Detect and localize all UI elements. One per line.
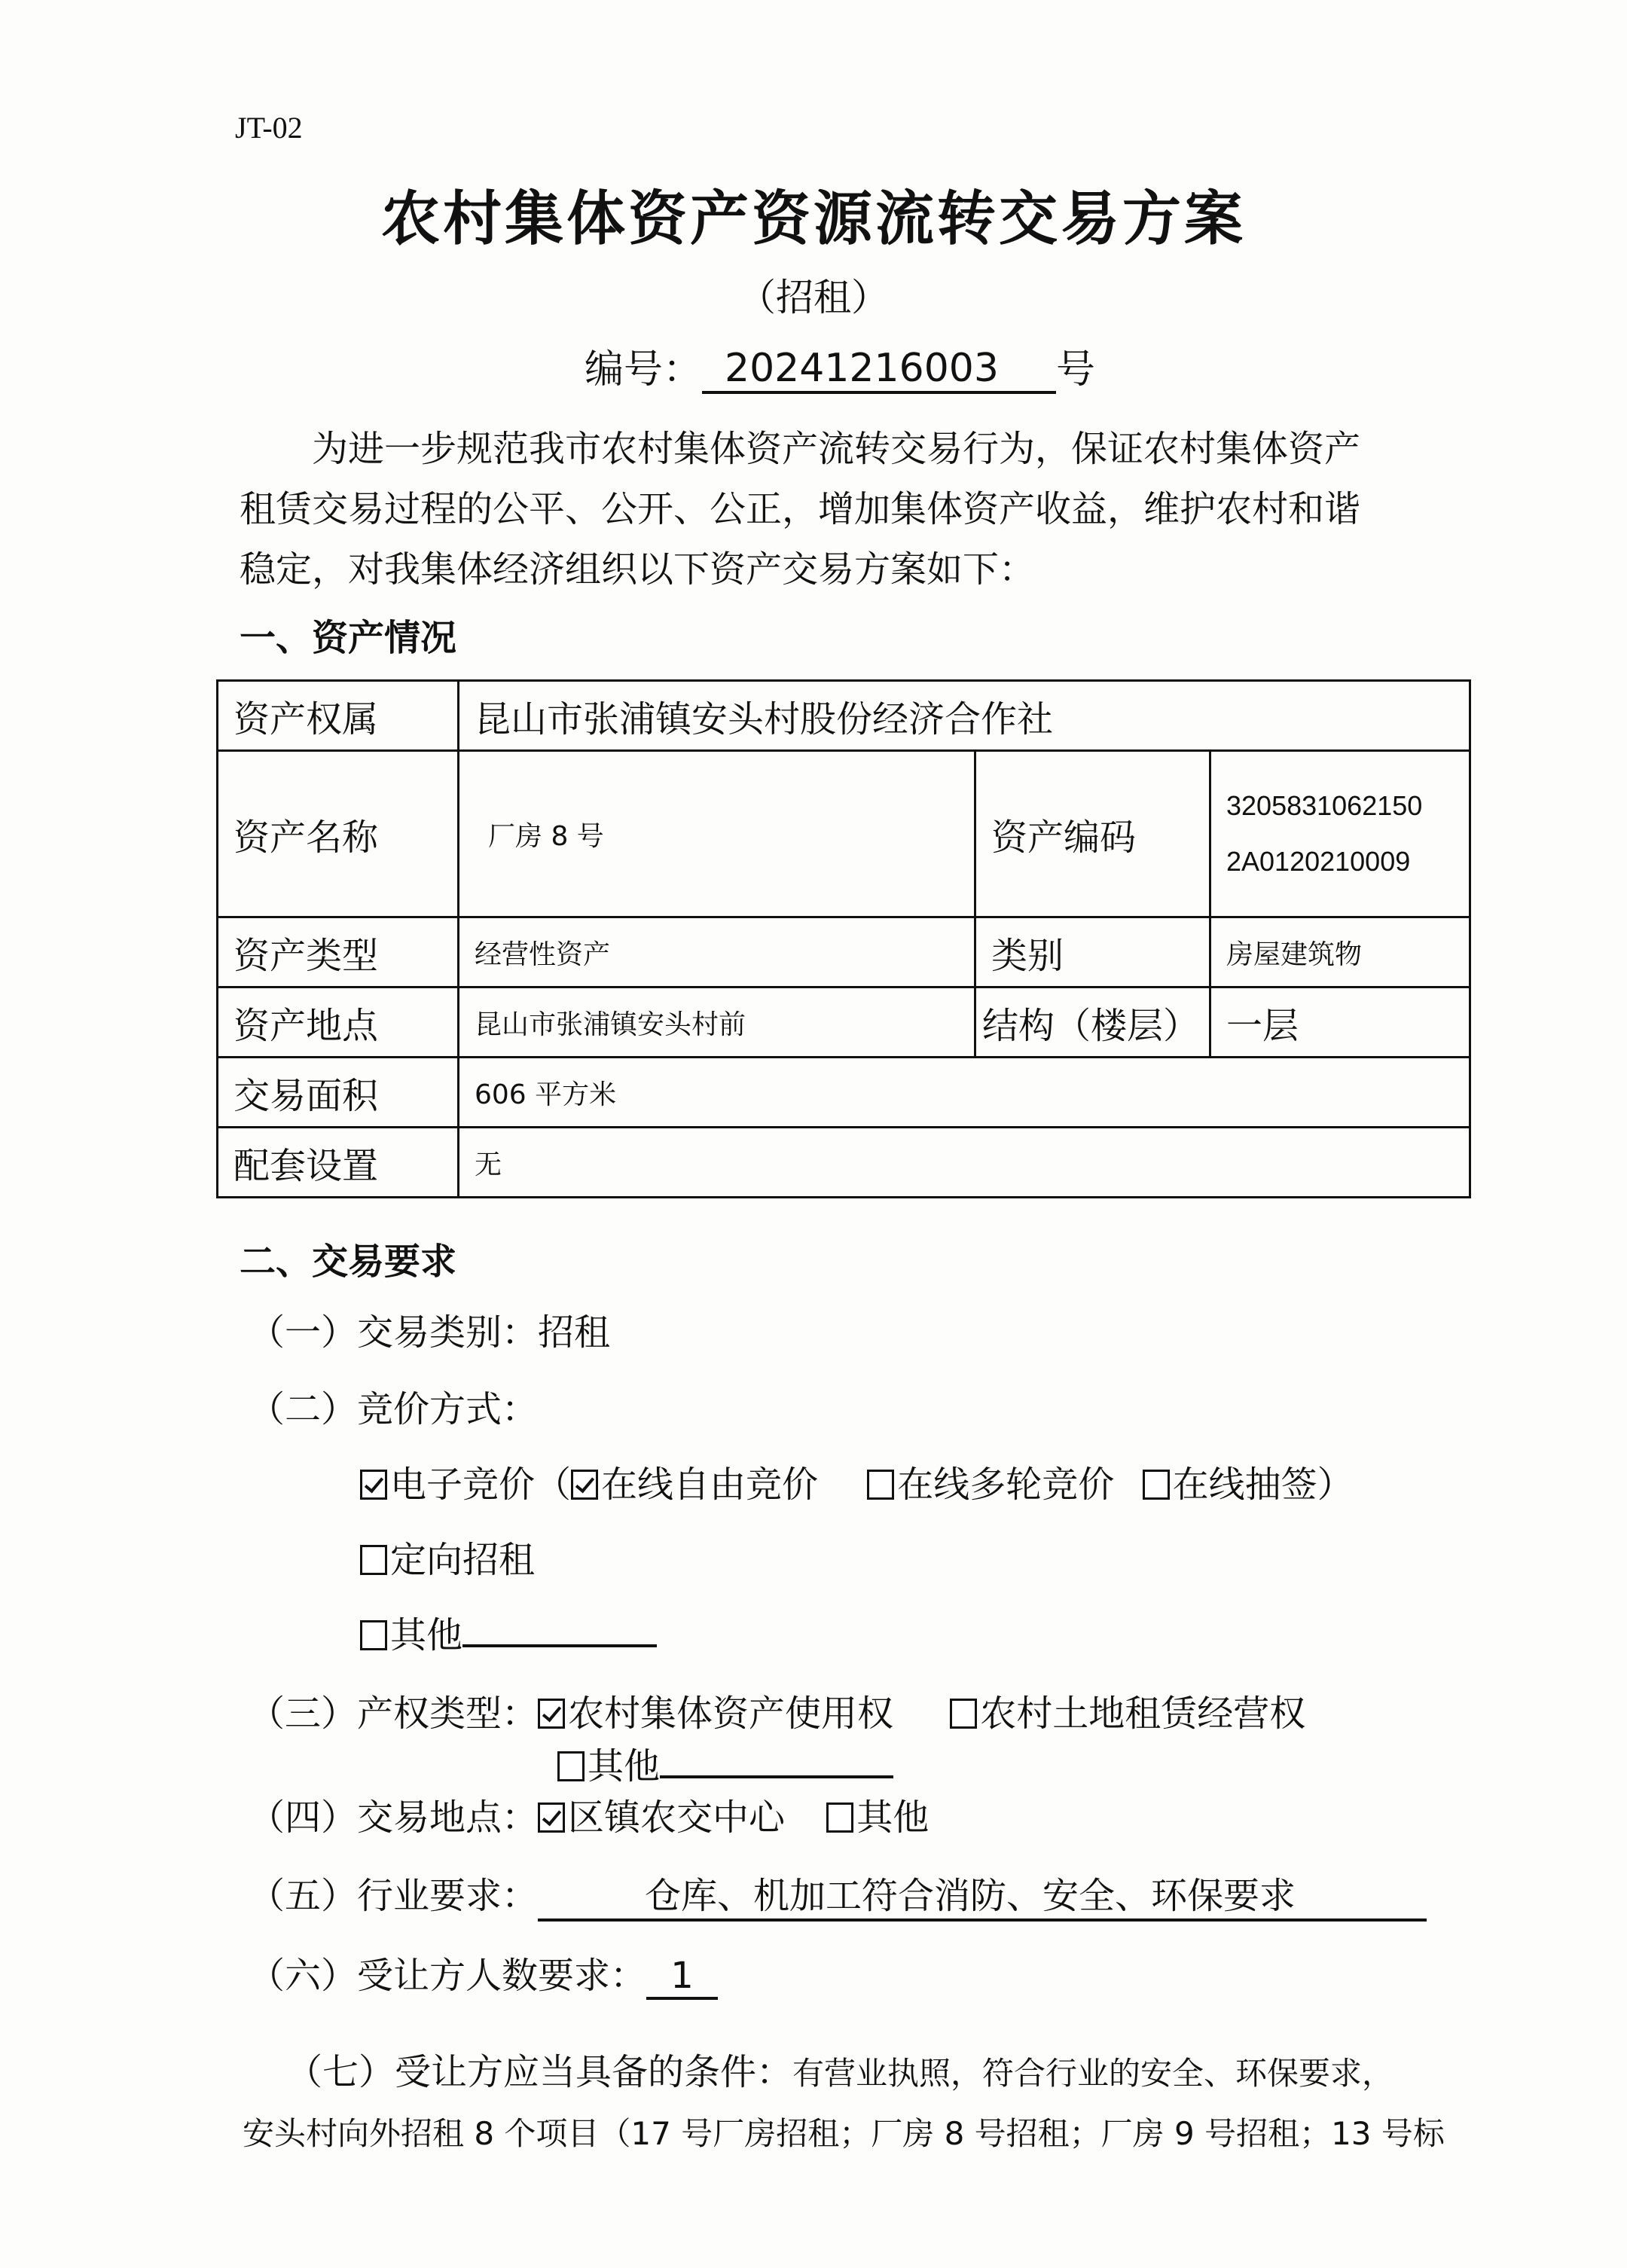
transferee-count-row: （六）受让方人数要求：1 (249, 1946, 718, 2000)
transferee-count-value: 1 (646, 1955, 718, 2000)
electronic-bidding-label: 电子竞价（ (390, 1464, 571, 1506)
section-2-heading: 二、交易要求 (240, 1232, 456, 1284)
code-label: 资产编码 (975, 751, 1210, 917)
table-row-name: 资产名称 厂房 8 号 资产编码 3205831062150 2A0120210… (218, 751, 1470, 917)
collective-use-right-checkbox[interactable] (538, 1699, 565, 1729)
table-row-location: 资产地点 昆山市张浦镇安头村前 结构（楼层） 一层 (218, 987, 1470, 1058)
collective-use-right-label: 农村集体资产使用权 (568, 1693, 893, 1735)
facility-label: 配套设置 (218, 1128, 459, 1198)
location-other-checkbox[interactable] (826, 1802, 853, 1833)
facility-value: 无 (459, 1128, 1470, 1198)
owner-value: 昆山市张浦镇安头村股份经济合作社 (459, 681, 1470, 751)
electronic-bidding-checkbox[interactable] (360, 1470, 387, 1500)
table-row-owner: 资产权属 昆山市张浦镇安头村股份经济合作社 (218, 681, 1470, 751)
property-other-label: 其他 (588, 1745, 660, 1787)
transferee-count-label: （六）受让方人数要求： (249, 1955, 646, 1997)
property-other-option: 其他 (557, 1737, 893, 1789)
table-row-type: 资产类型 经营性资产 类别 房屋建筑物 (218, 917, 1470, 987)
structure-label: 结构（楼层） (975, 987, 1210, 1058)
bidding-other-checkbox[interactable] (360, 1620, 387, 1650)
property-other-input[interactable] (660, 1745, 893, 1778)
bidding-other-label: 其他 (390, 1614, 462, 1656)
transferee-conditions-continued: 安头村向外招租 8 个项目（17 号厂房招租；厂房 8 号招租；厂房 9 号招租… (243, 2109, 1445, 2154)
bidding-other-option: 其他 (360, 1606, 657, 1658)
directed-lease-option: 定向招租 (360, 1531, 535, 1583)
industry-requirement-value: 仓库、机加工符合消防、安全、环保要求 (538, 1867, 1427, 1922)
area-value: 606 平方米 (459, 1058, 1470, 1128)
location-other-label: 其他 (856, 1796, 929, 1839)
name-label: 资产名称 (218, 751, 459, 917)
property-type-row: （三）产权类型：农村集体资产使用权 农村土地租赁经营权 (249, 1684, 1305, 1736)
bidding-options-row: 电子竞价（在线自由竞价 在线多轮竞价 在线抽签） (360, 1455, 1354, 1507)
area-label: 交易面积 (218, 1058, 459, 1128)
type-label: 资产类型 (218, 917, 459, 987)
document-title: 农村集体资产资源流转交易方案 (0, 172, 1627, 256)
location-label: 资产地点 (218, 987, 459, 1058)
structure-value: 一层 (1210, 987, 1470, 1058)
property-other-checkbox[interactable] (557, 1751, 585, 1781)
trade-location-label: （四）交易地点： (249, 1796, 538, 1839)
location-value: 昆山市张浦镇安头村前 (459, 987, 975, 1058)
table-row-area: 交易面积 606 平方米 (218, 1058, 1470, 1128)
town-center-checkbox[interactable] (538, 1802, 565, 1833)
code-line-2: 2A0120210009 (1226, 834, 1454, 890)
transferee-conditions-label: （七）受让方应当具备的条件： (286, 2051, 792, 2093)
town-center-label: 区镇农交中心 (568, 1796, 785, 1839)
online-free-bidding-label: 在线自由竞价 (601, 1464, 818, 1506)
online-multi-round-checkbox[interactable] (867, 1470, 894, 1500)
intro-line-2: 租赁交易过程的公平、公开、公正，增加集体资产收益，维护农村和谐 (240, 479, 1460, 539)
number-value: 20241216003 (702, 346, 1056, 394)
online-lottery-checkbox[interactable] (1143, 1470, 1170, 1500)
intro-line-3: 稳定，对我集体经济组织以下资产交易方案如下： (240, 539, 1460, 600)
type-value: 经营性资产 (459, 917, 975, 987)
transferee-conditions-row: （七）受让方应当具备的条件：有营业执照，符合行业的安全、环保要求， (286, 2043, 1393, 2095)
directed-lease-checkbox[interactable] (360, 1545, 387, 1575)
bidding-method-label: （二）竞价方式： (249, 1380, 538, 1432)
online-lottery-label: 在线抽签） (1173, 1464, 1354, 1506)
trade-type-label: （一）交易类别： (249, 1311, 538, 1354)
trade-location-row: （四）交易地点：区镇农交中心 其他 (249, 1788, 929, 1840)
land-lease-right-label: 农村土地租赁经营权 (980, 1693, 1305, 1735)
category-label: 类别 (975, 917, 1210, 987)
asset-info-table: 资产权属 昆山市张浦镇安头村股份经济合作社 资产名称 厂房 8 号 资产编码 3… (216, 679, 1471, 1198)
land-lease-right-checkbox[interactable] (950, 1699, 977, 1729)
number-label: 编号： (585, 337, 702, 394)
transferee-conditions-text: 有营业执照，符合行业的安全、环保要求， (792, 2055, 1393, 2092)
industry-requirement-row: （五）行业要求：仓库、机加工符合消防、安全、环保要求 (249, 1867, 1427, 1922)
online-free-bidding-checkbox[interactable] (571, 1470, 598, 1500)
online-multi-round-label: 在线多轮竞价 (897, 1464, 1114, 1506)
intro-line-1: 为进一步规范我市农村集体资产流转交易行为，保证农村集体资产 (240, 419, 1460, 479)
table-row-facility: 配套设置 无 (218, 1128, 1470, 1198)
section-1-heading: 一、资产情况 (240, 609, 456, 661)
document-number: 编号： 20241216003 号 (585, 337, 1095, 394)
document-code: JT-02 (235, 110, 303, 145)
property-type-label: （三）产权类型： (249, 1693, 538, 1735)
directed-lease-label: 定向招租 (390, 1539, 535, 1581)
intro-paragraph: 为进一步规范我市农村集体资产流转交易行为，保证农村集体资产 租赁交易过程的公平、… (240, 419, 1460, 600)
code-value: 3205831062150 2A0120210009 (1210, 751, 1470, 917)
bidding-other-input[interactable] (462, 1614, 657, 1647)
category-value: 房屋建筑物 (1210, 917, 1470, 987)
document-subtitle: （招租） (0, 267, 1627, 322)
code-line-1: 3205831062150 (1226, 778, 1454, 834)
name-value: 厂房 8 号 (459, 751, 975, 917)
number-suffix: 号 (1056, 337, 1095, 394)
industry-requirement-label: （五）行业要求： (249, 1875, 538, 1917)
trade-type-value: 招租 (538, 1311, 610, 1354)
trade-type-item: （一）交易类别：招租 (249, 1303, 610, 1355)
owner-label: 资产权属 (218, 681, 459, 751)
